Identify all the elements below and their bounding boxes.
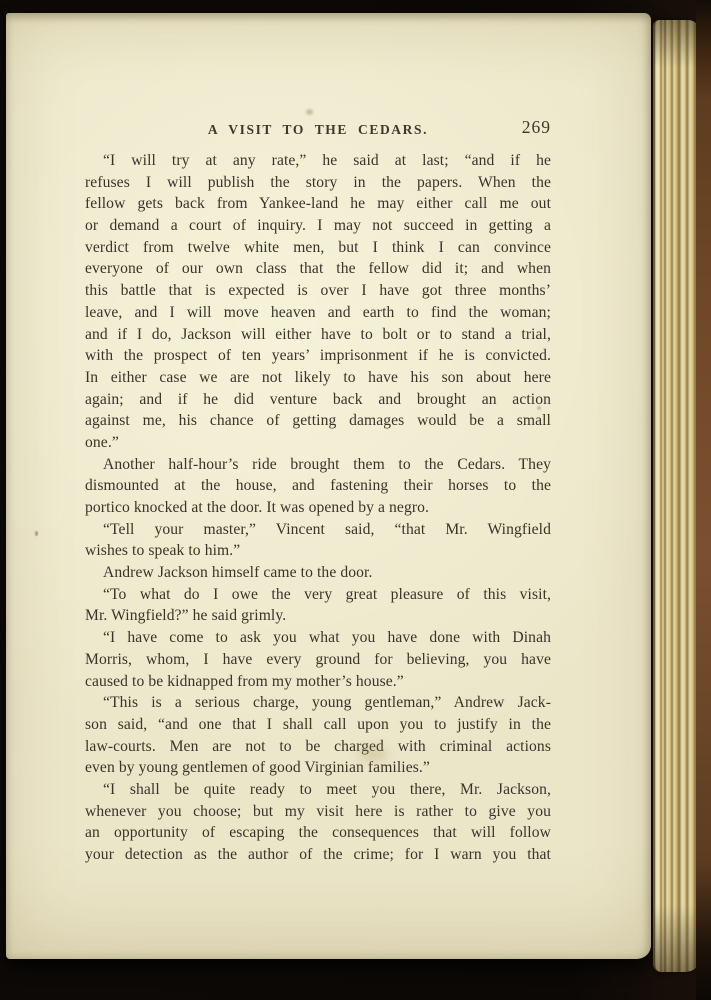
text-line: “I have come to ask you what you have do…	[85, 627, 551, 649]
text-line: “This is a serious charge, young gentlem…	[85, 692, 551, 714]
text-line: your detection as the author of the crim…	[85, 844, 551, 866]
paragraph: “I have come to ask you what you have do…	[85, 627, 551, 692]
text-line: fellow gets back from Yankee-land he may…	[85, 193, 551, 215]
page-content: A VISIT TO THE CEDARS. 269 “I will try a…	[85, 117, 551, 866]
text-line: law-courts. Men are not to be charged wi…	[85, 736, 551, 758]
text-line: or demand a court of inquiry. I may not …	[85, 215, 551, 237]
text-line: verdict from twelve white men, but I thi…	[85, 237, 551, 259]
book-cover-edge	[696, 0, 711, 1000]
text-line: son said, “and one that I shall call upo…	[85, 714, 551, 736]
text-line: again; and if he did venture back and br…	[85, 389, 551, 411]
text-line: “Tell your master,” Vincent said, “that …	[85, 519, 551, 541]
text-line: leave, and I will move heaven and earth …	[85, 302, 551, 324]
paragraph: Andrew Jackson himself came to the door.	[85, 562, 551, 584]
paragraph: “I will try at any rate,” he said at las…	[85, 150, 551, 454]
text-line: wishes to speak to him.”	[85, 540, 551, 562]
text-line: In either case we are not likely to have…	[85, 367, 551, 389]
text-line: one.”	[85, 432, 551, 454]
text-line: “I shall be quite ready to meet you ther…	[85, 779, 551, 801]
text-line: caused to be kidnapped from my mother’s …	[85, 671, 551, 693]
text-line: with the prospect of ten years’ imprison…	[85, 345, 551, 367]
text-line: an opportunity of escaping the consequen…	[85, 822, 551, 844]
book-fore-edge-pages	[653, 20, 700, 972]
paragraph: “I shall be quite ready to meet you ther…	[85, 779, 551, 866]
text-line: Another half-hour’s ride brought them to…	[85, 454, 551, 476]
text-line: dismounted at the house, and fastening t…	[85, 475, 551, 497]
text-line: against me, his chance of getting damage…	[85, 410, 551, 432]
book-page: A VISIT TO THE CEDARS. 269 “I will try a…	[6, 13, 651, 959]
text-line: Morris, whom, I have every ground for be…	[85, 649, 551, 671]
paragraph: Another half-hour’s ride brought them to…	[85, 454, 551, 519]
text-line: Andrew Jackson himself came to the door.	[85, 562, 551, 584]
text-line: whenever you choose; but my visit here i…	[85, 801, 551, 823]
paragraph: “To what do I owe the very great pleasur…	[85, 584, 551, 627]
text-line: even by young gentlemen of good Virginia…	[85, 757, 551, 779]
body-text: “I will try at any rate,” he said at las…	[85, 150, 551, 866]
text-line: this battle that is expected is over I h…	[85, 280, 551, 302]
text-line: Mr. Wingfield?” he said grimly.	[85, 605, 551, 627]
scanned-book-photo: A VISIT TO THE CEDARS. 269 “I will try a…	[0, 0, 711, 1000]
text-line: and if I do, Jackson will either have to…	[85, 324, 551, 346]
page-number: 269	[522, 117, 551, 138]
running-head: A VISIT TO THE CEDARS. 269	[85, 117, 551, 141]
text-line: everyone of our own class that the fello…	[85, 258, 551, 280]
text-line: portico knocked at the door. It was open…	[85, 497, 551, 519]
paragraph: “Tell your master,” Vincent said, “that …	[85, 519, 551, 562]
text-line: “I will try at any rate,” he said at las…	[85, 150, 551, 172]
paragraph: “This is a serious charge, young gentlem…	[85, 692, 551, 779]
running-head-title: A VISIT TO THE CEDARS.	[208, 122, 428, 138]
text-line: “To what do I owe the very great pleasur…	[85, 584, 551, 606]
scan-speck	[306, 109, 313, 115]
text-line: refuses I will publish the story in the …	[85, 172, 551, 194]
scan-speck	[35, 531, 38, 536]
